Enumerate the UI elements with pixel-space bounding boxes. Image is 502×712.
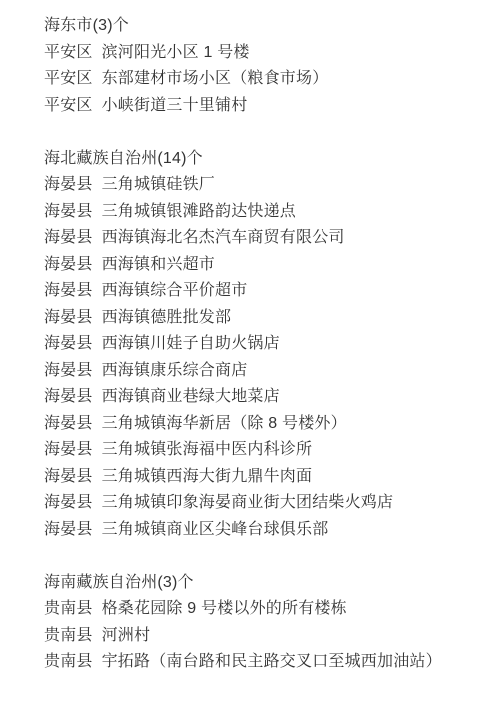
district-label: 贵南县 bbox=[44, 596, 93, 623]
location-label: 三角城镇西海大街九鼎牛肉面 bbox=[102, 468, 313, 485]
location-label: 宇拓路（南台路和民主路交叉口至城西加油站） bbox=[102, 653, 442, 670]
location-label: 西海镇商业巷绿大地菜店 bbox=[102, 388, 280, 405]
list-item: 贵南县格桑花园除 9 号楼以外的所有楼栋 bbox=[44, 596, 482, 623]
location-label: 三角城镇银滩路韵达快递点 bbox=[102, 203, 296, 220]
district-label: 海晏县 bbox=[44, 252, 93, 279]
district-label: 海晏县 bbox=[44, 411, 93, 438]
list-item: 海晏县西海镇综合平价超市 bbox=[44, 278, 482, 305]
location-label: 三角城镇张海福中医内科诊所 bbox=[102, 441, 313, 458]
location-label: 格桑花园除 9 号楼以外的所有楼栋 bbox=[102, 600, 347, 617]
list-item: 海晏县三角城镇张海福中医内科诊所 bbox=[44, 437, 482, 464]
list-item: 平安区小峡街道三十里铺村 bbox=[44, 93, 482, 120]
location-label: 西海镇综合平价超市 bbox=[102, 282, 248, 299]
district-label: 平安区 bbox=[44, 93, 93, 120]
district-label: 海晏县 bbox=[44, 464, 93, 491]
list-item: 海晏县三角城镇海华新居（除 8 号楼外） bbox=[44, 411, 482, 438]
list-item: 海晏县西海镇和兴超市 bbox=[44, 252, 482, 279]
district-label: 海晏县 bbox=[44, 199, 93, 226]
list-item: 海晏县西海镇海北名杰汽车商贸有限公司 bbox=[44, 225, 482, 252]
district-label: 海晏县 bbox=[44, 384, 93, 411]
location-list-document: 海东市(3)个平安区滨河阳光小区 1 号楼平安区东部建材市场小区（粮食市场）平安… bbox=[0, 0, 502, 676]
list-item: 海晏县西海镇德胜批发部 bbox=[44, 305, 482, 332]
district-label: 海晏县 bbox=[44, 305, 93, 332]
district-label: 海晏县 bbox=[44, 358, 93, 385]
location-label: 三角城镇印象海晏商业街大团结柴火鸡店 bbox=[102, 494, 394, 511]
section: 海北藏族自治州(14)个海晏县三角城镇硅铁厂海晏县三角城镇银滩路韵达快递点海晏县… bbox=[44, 146, 482, 544]
location-label: 西海镇川娃子自助火锅店 bbox=[102, 335, 280, 352]
district-label: 平安区 bbox=[44, 40, 93, 67]
location-label: 东部建材市场小区（粮食市场） bbox=[102, 70, 329, 87]
list-item: 平安区滨河阳光小区 1 号楼 bbox=[44, 40, 482, 67]
district-label: 贵南县 bbox=[44, 649, 93, 676]
district-label: 平安区 bbox=[44, 66, 93, 93]
district-label: 海晏县 bbox=[44, 437, 93, 464]
location-label: 西海镇德胜批发部 bbox=[102, 309, 232, 326]
location-label: 河洲村 bbox=[102, 627, 151, 644]
location-label: 西海镇海北名杰汽车商贸有限公司 bbox=[102, 229, 345, 246]
district-label: 海晏县 bbox=[44, 517, 93, 544]
list-item: 海晏县三角城镇硅铁厂 bbox=[44, 172, 482, 199]
location-label: 三角城镇商业区尖峰台球俱乐部 bbox=[102, 521, 329, 538]
list-item: 海晏县西海镇川娃子自助火锅店 bbox=[44, 331, 482, 358]
section: 海南藏族自治州(3)个贵南县格桑花园除 9 号楼以外的所有楼栋贵南县河洲村贵南县… bbox=[44, 570, 482, 676]
location-label: 小峡街道三十里铺村 bbox=[102, 97, 248, 114]
location-label: 三角城镇海华新居（除 8 号楼外） bbox=[102, 415, 347, 432]
section-header: 海北藏族自治州(14)个 bbox=[44, 146, 482, 173]
list-item: 海晏县三角城镇银滩路韵达快递点 bbox=[44, 199, 482, 226]
district-label: 海晏县 bbox=[44, 490, 93, 517]
list-item: 海晏县三角城镇西海大街九鼎牛肉面 bbox=[44, 464, 482, 491]
list-item: 平安区东部建材市场小区（粮食市场） bbox=[44, 66, 482, 93]
district-label: 海晏县 bbox=[44, 331, 93, 358]
location-label: 三角城镇硅铁厂 bbox=[102, 176, 215, 193]
location-label: 西海镇和兴超市 bbox=[102, 256, 215, 273]
district-label: 海晏县 bbox=[44, 225, 93, 252]
list-item: 海晏县西海镇商业巷绿大地菜店 bbox=[44, 384, 482, 411]
list-item: 海晏县三角城镇印象海晏商业街大团结柴火鸡店 bbox=[44, 490, 482, 517]
list-item: 贵南县河洲村 bbox=[44, 623, 482, 650]
list-item: 贵南县宇拓路（南台路和民主路交叉口至城西加油站） bbox=[44, 649, 482, 676]
section-header: 海南藏族自治州(3)个 bbox=[44, 570, 482, 597]
section-header: 海东市(3)个 bbox=[44, 13, 482, 40]
page: { "page": { "background": "#ffffff", "te… bbox=[0, 0, 502, 712]
district-label: 海晏县 bbox=[44, 278, 93, 305]
location-label: 西海镇康乐综合商店 bbox=[102, 362, 248, 379]
list-item: 海晏县三角城镇商业区尖峰台球俱乐部 bbox=[44, 517, 482, 544]
location-label: 滨河阳光小区 1 号楼 bbox=[102, 44, 250, 61]
district-label: 贵南县 bbox=[44, 623, 93, 650]
list-item: 海晏县西海镇康乐综合商店 bbox=[44, 358, 482, 385]
section: 海东市(3)个平安区滨河阳光小区 1 号楼平安区东部建材市场小区（粮食市场）平安… bbox=[44, 13, 482, 119]
district-label: 海晏县 bbox=[44, 172, 93, 199]
